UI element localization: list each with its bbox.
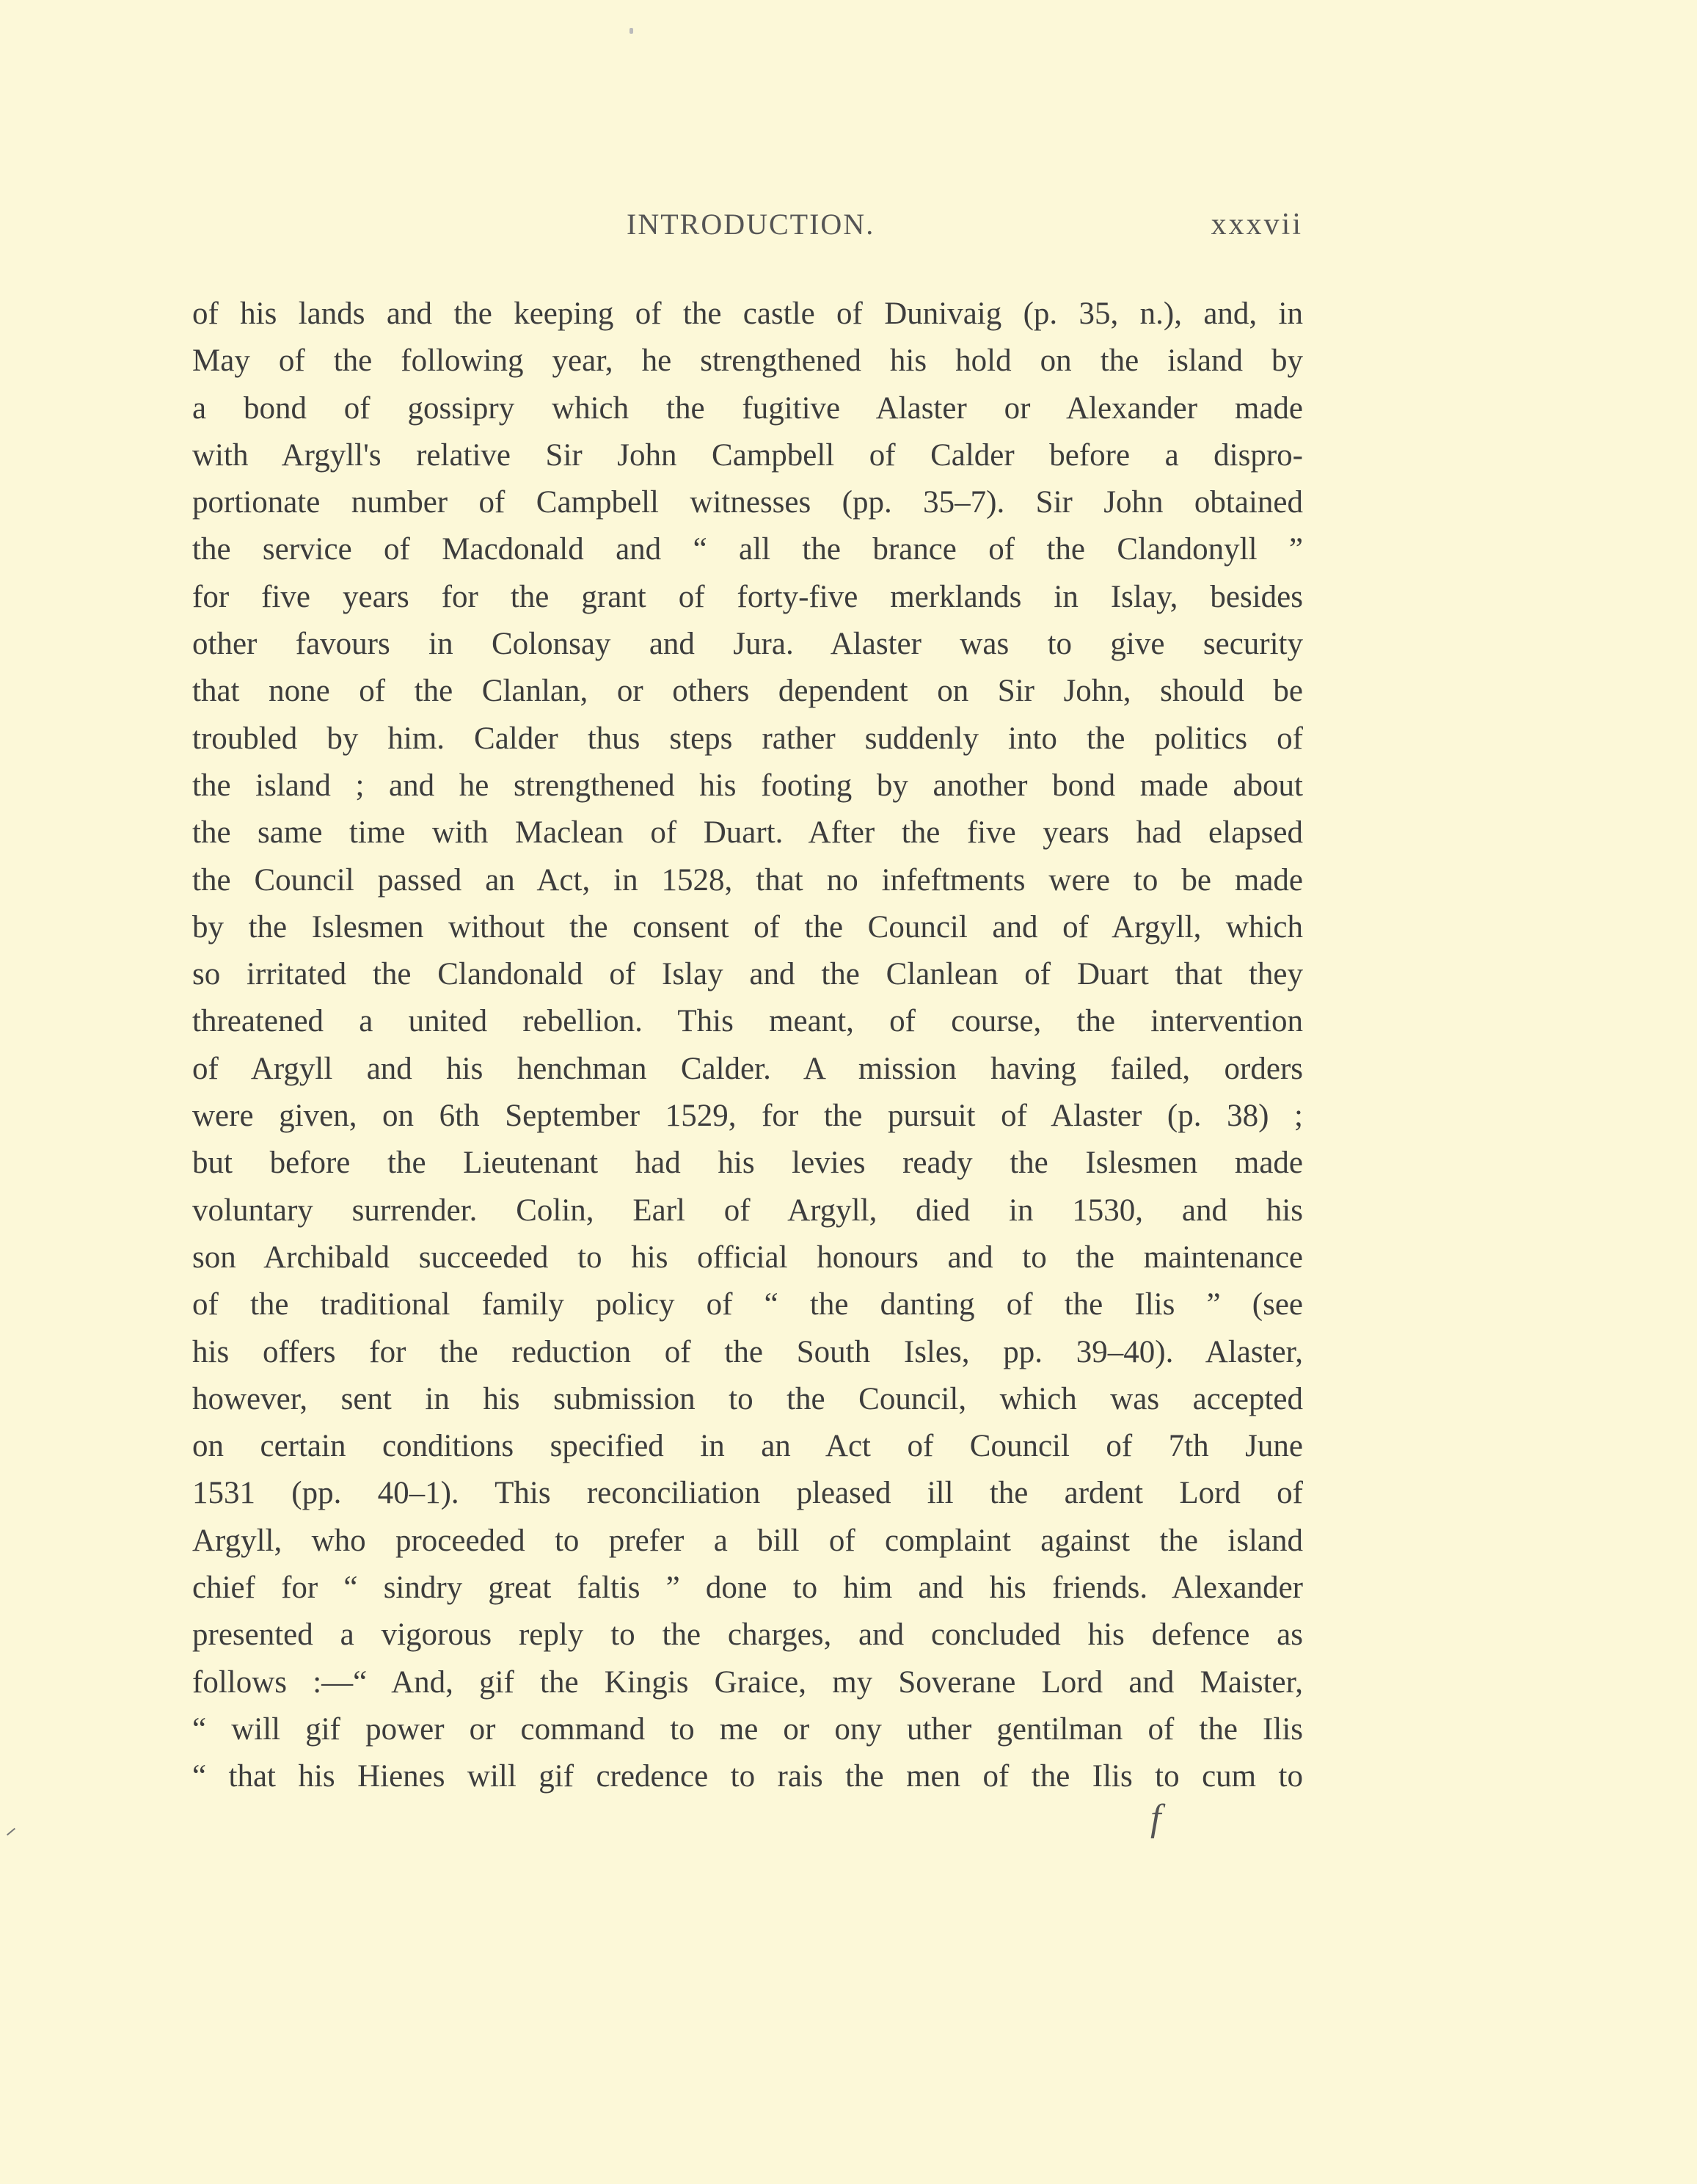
text-line: were given, on 6th September 1529, for t… [192, 1093, 1303, 1140]
text-line: “ that his Hienes will gif credence to r… [192, 1753, 1303, 1800]
text-line: of Argyll and his henchman Calder. A mis… [192, 1046, 1303, 1093]
text-line: the same time with Maclean of Duart. Aft… [192, 809, 1303, 856]
text-line: 1531 (pp. 40–1). This reconciliation ple… [192, 1470, 1303, 1517]
text-line: portionate number of Campbell witnesses … [192, 479, 1303, 526]
text-line: other favours in Colonsay and Jura. Alas… [192, 621, 1303, 668]
text-line: for five years for the grant of forty-fi… [192, 574, 1303, 621]
text-line: so irritated the Clandonald of Islay and… [192, 951, 1303, 998]
text-line: a bond of gossipry which the fugitive Al… [192, 385, 1303, 432]
page-header: INTRODUCTION. xxxvii [192, 207, 1303, 251]
text-line: chief for “ sindry great faltis ” done t… [192, 1565, 1303, 1612]
running-head: INTRODUCTION. [627, 207, 875, 241]
text-line: of his lands and the keeping of the cast… [192, 291, 1303, 338]
text-line: the service of Macdonald and “ all the b… [192, 526, 1303, 573]
text-line: of the traditional family policy of “ th… [192, 1281, 1303, 1328]
text-line: on certain conditions specified in an Ac… [192, 1423, 1303, 1470]
text-line: threatened a united rebellion. This mean… [192, 998, 1303, 1045]
text-line: troubled by him. Calder thus steps rathe… [192, 716, 1303, 762]
text-line: that none of the Clanlan, or others depe… [192, 668, 1303, 715]
text-line: the island ; and he strengthened his foo… [192, 762, 1303, 809]
text-line: by the Islesmen without the consent of t… [192, 904, 1303, 951]
text-line: with Argyll's relative Sir John Campbell… [192, 432, 1303, 479]
text-line: voluntary surrender. Colin, Earl of Argy… [192, 1187, 1303, 1234]
text-line: “ will gif power or command to me or ony… [192, 1706, 1303, 1753]
text-line: but before the Lieutenant had his levies… [192, 1140, 1303, 1187]
text-line: the Council passed an Act, in 1528, that… [192, 857, 1303, 904]
page-number: xxxvii [1211, 207, 1303, 242]
signature-mark: f [1150, 1797, 1161, 1840]
text-line: May of the following year, he strengthen… [192, 338, 1303, 385]
text-line: Argyll, who proceeded to prefer a bill o… [192, 1518, 1303, 1565]
text-line: his offers for the reduction of the Sout… [192, 1329, 1303, 1376]
body-text: of his lands and the keeping of the cast… [192, 291, 1303, 1801]
text-line: follows :—“ And, gif the Kingis Graice, … [192, 1659, 1303, 1706]
margin-mark [7, 1828, 15, 1836]
text-line: presented a vigorous reply to the charge… [192, 1612, 1303, 1659]
text-line: however, sent in his submission to the C… [192, 1376, 1303, 1423]
paper-speck [629, 28, 633, 34]
text-line: son Archibald succeeded to his official … [192, 1234, 1303, 1281]
